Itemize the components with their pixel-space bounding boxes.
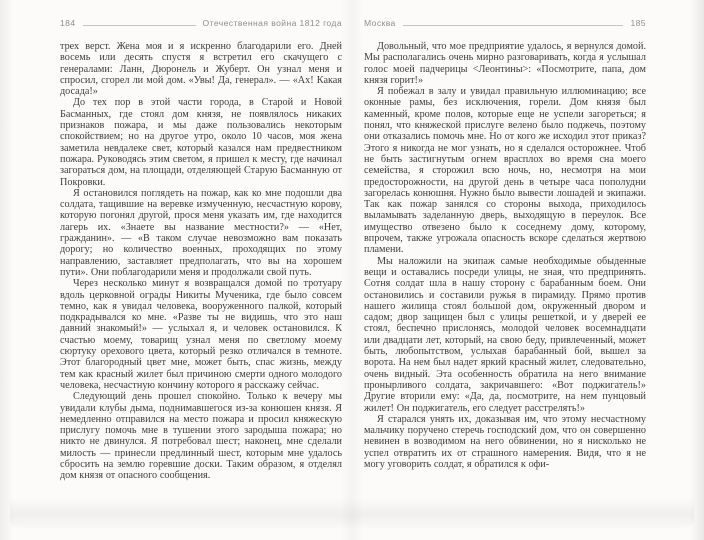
running-title-right: Москва — [364, 18, 396, 28]
running-head-left: 184 Отечественная война 1812 года — [60, 17, 342, 28]
running-head-rule-left — [83, 25, 196, 26]
book-spread: 184 Отечественная война 1812 года трех в… — [0, 0, 704, 540]
page-edge-right — [690, 0, 704, 540]
page-number-left: 184 — [60, 18, 76, 28]
body-text-right: Довольный, что мое предприятие удалось, … — [364, 41, 646, 470]
running-title-left: Отечественная война 1812 года — [203, 18, 342, 28]
paragraph: Я остановился поглядеть на пожар, как ко… — [60, 188, 342, 278]
paragraph: Довольный, что мое предприятие удалось, … — [364, 41, 646, 86]
page-right: Москва 185 Довольный, что мое предприяти… — [364, 17, 646, 470]
paragraph: Следующий день прошел спокойно. Только к… — [60, 391, 342, 481]
paragraph: Я побежал в залу и увидал правильную илл… — [364, 86, 646, 255]
page-edge-left — [0, 0, 14, 540]
paragraph: Я старался унять их, доказывая им, что э… — [364, 414, 646, 470]
running-head-rule-right — [403, 25, 624, 26]
page-bottom-shadow — [10, 498, 694, 528]
page-number-right: 185 — [630, 18, 646, 28]
page-left: 184 Отечественная война 1812 года трех в… — [60, 17, 342, 482]
paragraph: Мы наложили на экипаж самые необходимые … — [364, 256, 646, 414]
paragraph: До тех пор в этой части города, в Старой… — [60, 97, 342, 187]
running-head-right: Москва 185 — [364, 17, 646, 28]
paragraph: Через несколько минут я возвращался домо… — [60, 278, 342, 391]
page-gutter-shadow — [340, 0, 364, 540]
paragraph: трех верст. Жена моя и я искренно благод… — [60, 41, 342, 97]
body-text-left: трех верст. Жена моя и я искренно благод… — [60, 41, 342, 482]
